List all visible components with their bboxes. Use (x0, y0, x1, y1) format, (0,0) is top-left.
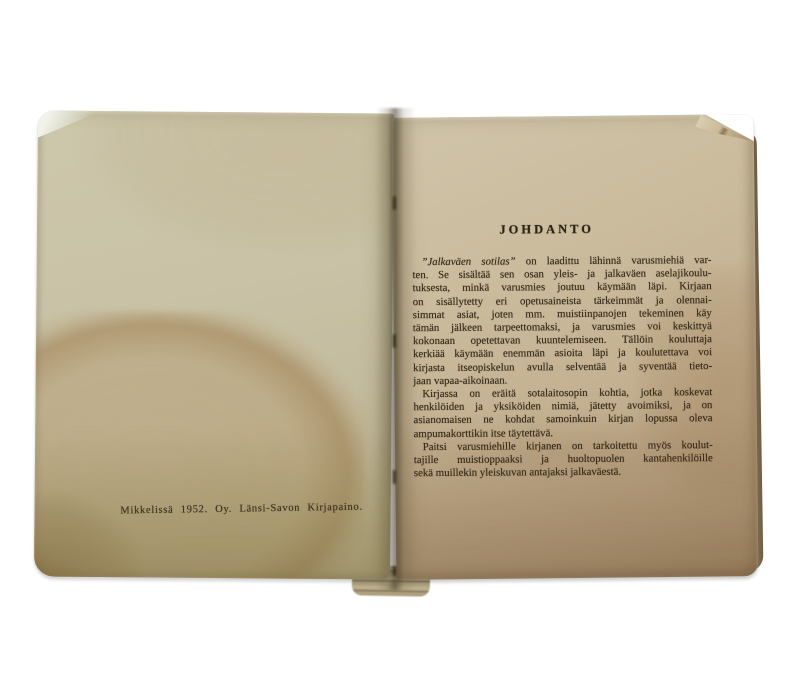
body-paragraphs: ”Jalkaväen sotilas” on laadittu lähinnä … (412, 254, 713, 481)
left-page-corner-stain (34, 490, 145, 580)
page-text-block: JOHDANTO ”Jalkaväen sotilas” on laadittu… (412, 221, 713, 481)
open-booklet-photo: Mikkelissä 1952. Oy. Länsi-Savon Kirjapa… (0, 0, 800, 700)
chapter-heading: JOHDANTO (412, 221, 681, 238)
text-line: kirjasta itseopiskelun avulla selventää … (413, 360, 712, 375)
left-page-top-stain (77, 110, 394, 254)
text-line: sekä muillekin yleiskuvan antajaksi jalk… (414, 465, 713, 480)
text-line: tajille muistioppaaksi ja huoltopuolen k… (414, 452, 713, 467)
text-line: asianomaisen ne kohdat samoinkuin kirjan… (413, 413, 712, 428)
right-page: JOHDANTO ”Jalkaväen sotilas” on laadittu… (392, 114, 759, 580)
book: Mikkelissä 1952. Oy. Länsi-Savon Kirjapa… (0, 0, 800, 700)
left-page: Mikkelissä 1952. Oy. Länsi-Savon Kirjapa… (34, 110, 394, 579)
